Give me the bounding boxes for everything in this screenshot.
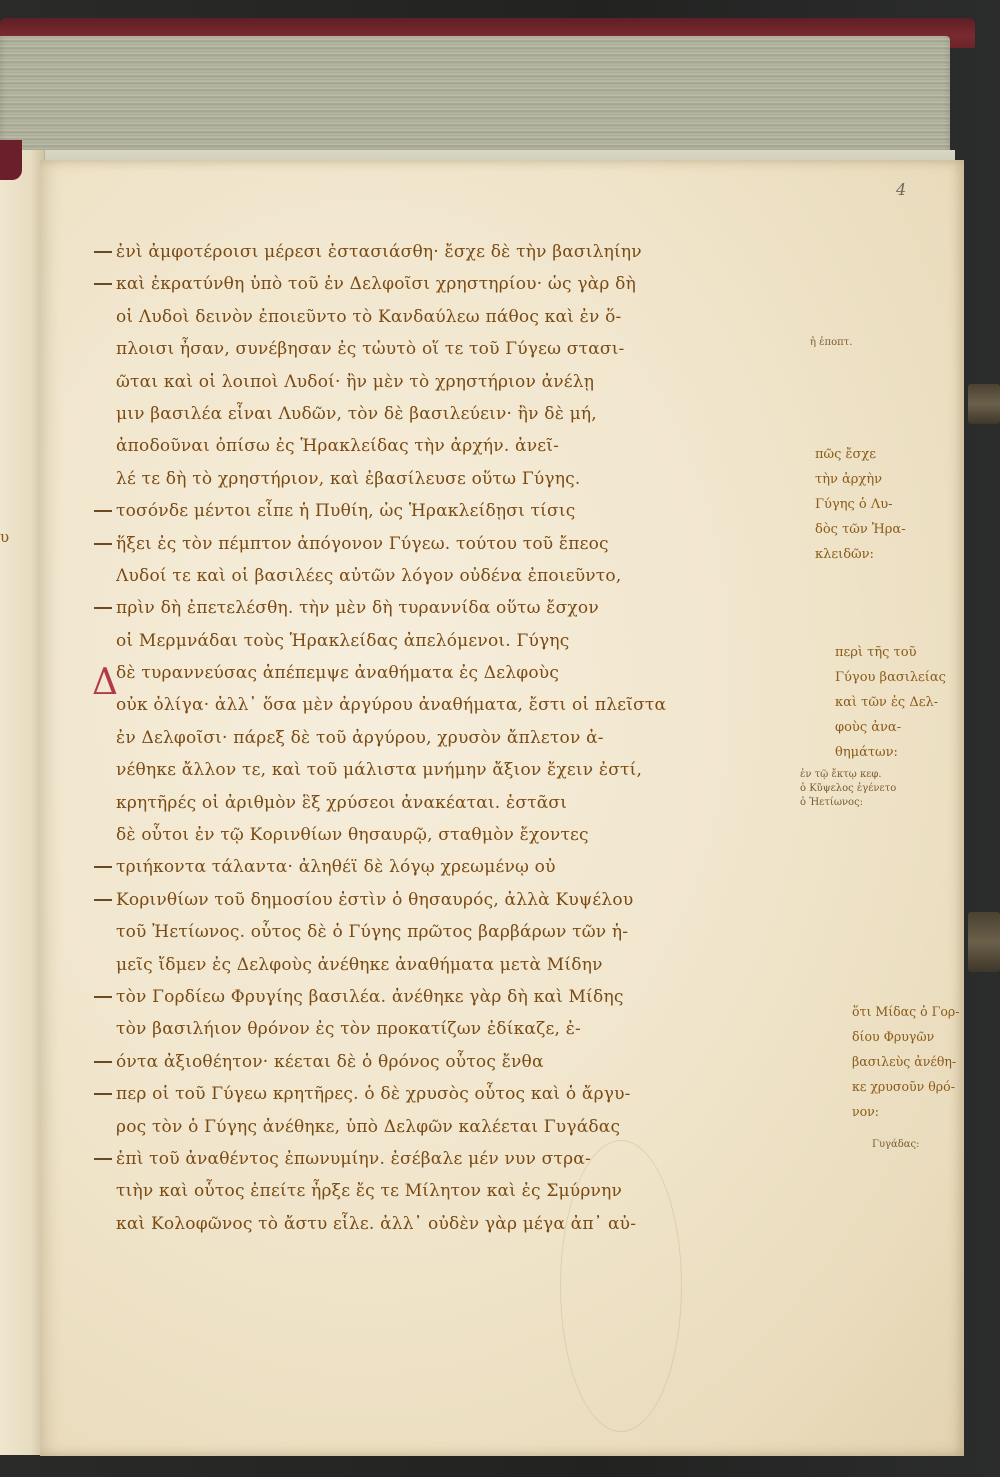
manuscript-line: δὲ οὗτοι ἐν τῷ Κορινθίων θησαυρῷ, σταθμὸ… — [116, 819, 806, 851]
paragraph-marker — [94, 899, 112, 901]
line-text: νέθηκε ἄλλον τε, καὶ τοῦ μάλιστα μνήμην … — [116, 754, 642, 786]
gloss-line: ὁ Κῦψελος ἐγένετο — [800, 782, 896, 796]
decorated-initial: Δ — [92, 662, 118, 703]
paragraph-marker — [94, 1061, 112, 1063]
manuscript-line: περ οἱ τοῦ Γύγεω κρητῆρες. ὁ δὲ χρυσὸς ο… — [116, 1078, 806, 1110]
line-text: κρητῆρές οἱ ἀριθμὸν ἓξ χρύσεοι ἀνακέαται… — [116, 787, 567, 819]
gloss-line: βασιλεὺς ἀνέθη- — [852, 1050, 960, 1075]
marginal-gloss: πῶς ἔσχετὴν ἀρχὴνΓύγης ὁ Λυ-δὸς τῶν Ἡρα-… — [815, 442, 906, 567]
paragraph-marker — [94, 607, 112, 609]
gloss-line: Γύγης ὁ Λυ- — [815, 492, 906, 517]
gloss-line: δὸς τῶν Ἡρα- — [815, 517, 906, 542]
gloss-line: νον: — [852, 1100, 960, 1125]
gloss-line: κε χρυσοῦν θρό- — [852, 1075, 960, 1100]
line-text: μεῖς ἴδμεν ἐς Δελφοὺς ἀνέθηκε ἀναθήματα … — [116, 949, 603, 981]
line-text: πλοισι ἦσαν, συνέβησαν ἐς τὠυτὸ οἵ τε το… — [116, 333, 625, 365]
manuscript-line: όντα ἀξιοθέητον· κέεται δὲ ὁ θρόνος οὗτο… — [116, 1046, 806, 1078]
gloss-line: δίου Φρυγῶν — [852, 1025, 960, 1050]
line-text: ἥξει ἐς τὸν πέμπτον ἀπόγονον Γύγεω. τούτ… — [116, 528, 609, 560]
gloss-line: ὁ Ἠετίωνος: — [800, 796, 896, 810]
line-text: ῶται καὶ οἱ λοιποὶ Λυδοί· ἢν μὲν τὸ χρησ… — [116, 366, 594, 398]
line-text: πρὶν δὴ ἐπετελέσθη. τὴν μὲν δὴ τυραννίδα… — [116, 592, 599, 624]
gloss-line: ὅτι Μίδας ὁ Γορ- — [852, 1000, 960, 1025]
line-text: τιὴν καὶ οὗτος ἐπείτε ἦρξε ἔς τε Μίλητον… — [116, 1175, 622, 1207]
line-text: οἱ Μερμνάδαι τοὺς Ἡρακλείδας ἀπελόμενοι.… — [116, 625, 569, 657]
line-text: ρος τὸν ὁ Γύγης ἀνέθηκε, ὑπὸ Δελφῶν καλέ… — [116, 1111, 620, 1143]
manuscript-line: ῶται καὶ οἱ λοιποὶ Λυδοί· ἢν μὲν τὸ χρησ… — [116, 366, 806, 398]
marginal-gloss: ἡ ἐποπτ. — [810, 336, 852, 350]
manuscript-line: δὲ τυραννεύσας ἀπέπεμψε ἀναθήματα ἐς Δελ… — [116, 657, 806, 689]
line-text: οὐκ ὀλίγα· ἀλλ᾽ ὅσα μὲν ἀργύρου ἀναθήματ… — [116, 689, 666, 721]
line-text: λέ τε δὴ τὸ χρηστήριον, καὶ ἐβασίλευσε ο… — [116, 463, 580, 495]
line-text: περ οἱ τοῦ Γύγεω κρητῆρες. ὁ δὲ χρυσὸς ο… — [116, 1078, 631, 1110]
manuscript-line: Κορινθίων τοῦ δημοσίου ἐστὶν ὁ θησαυρός,… — [116, 884, 806, 916]
paragraph-marker — [94, 543, 112, 545]
marginal-gloss: Γυγάδας: — [872, 1138, 920, 1152]
manuscript-line: ρος τὸν ὁ Γύγης ἀνέθηκε, ὑπὸ Δελφῶν καλέ… — [116, 1111, 806, 1143]
manuscript-line: τοσόνδε μέντοι εἶπε ἡ Πυθίη, ὡς Ἡρακλείδ… — [116, 495, 806, 527]
gloss-line: ἐν τῷ ἔκτῳ κεφ. — [800, 768, 896, 782]
line-text: ἐνὶ ἀμφοτέροισι μέρεσι ἐστασιάσθη· ἔσχε … — [116, 236, 642, 268]
manuscript-line: ἀποδοῦναι ὀπίσω ἐς Ἡρακλείδας τὴν ἀρχήν.… — [116, 430, 806, 462]
gloss-line: ἡ ἐποπτ. — [810, 336, 852, 350]
manuscript-line: τιὴν καὶ οὗτος ἐπείτε ἦρξε ἔς τε Μίλητον… — [116, 1175, 806, 1207]
gloss-line: θημάτων: — [835, 740, 946, 765]
manuscript-line: πλοισι ἦσαν, συνέβησαν ἐς τὠυτὸ οἵ τε το… — [116, 333, 806, 365]
paragraph-marker — [94, 1093, 112, 1095]
paragraph-marker — [94, 1158, 112, 1160]
gloss-line: πῶς ἔσχε — [815, 442, 906, 467]
line-text: τοῦ Ἠετίωνος. οὗτος δὲ ὁ Γύγης πρῶτος βα… — [116, 916, 628, 948]
line-text: ἐπὶ τοῦ ἀναθέντος ἐπωνυμίην. ἐσέβαλε μέν… — [116, 1143, 591, 1175]
marginal-gloss: ἐν τῷ ἔκτῳ κεφ.ὁ Κῦψελος ἐγένετοὁ Ἠετίων… — [800, 768, 896, 810]
line-text: δὲ τυραννεύσας ἀπέπεμψε ἀναθήματα ἐς Δελ… — [116, 657, 559, 689]
manuscript-line: ἐπὶ τοῦ ἀναθέντος ἐπωνυμίην. ἐσέβαλε μέν… — [116, 1143, 806, 1175]
manuscript-line: μιν βασιλέα εἶναι Λυδῶν, τὸν δὲ βασιλεύε… — [116, 398, 806, 430]
line-text: τριήκοντα τάλαντα· ἀληθέϊ δὲ λόγῳ χρεωμέ… — [116, 851, 556, 883]
line-text: ἀποδοῦναι ὀπίσω ἐς Ἡρακλείδας τὴν ἀρχήν.… — [116, 430, 559, 462]
manuscript-line: τοῦ Ἠετίωνος. οὗτος δὲ ὁ Γύγης πρῶτος βα… — [116, 916, 806, 948]
manuscript-line: οὐκ ὀλίγα· ἀλλ᾽ ὅσα μὲν ἀργύρου ἀναθήματ… — [116, 689, 806, 721]
manuscript-line: κρητῆρές οἱ ἀριθμὸν ἓξ χρύσεοι ἀνακέαται… — [116, 787, 806, 819]
line-text: τὸν Γορδίεω Φρυγίης βασιλέα. ἀνέθηκε γὰρ… — [116, 981, 624, 1013]
line-text: τὸν βασιλήιον θρόνον ἐς τὸν προκατίζων ἐ… — [116, 1013, 581, 1045]
manuscript-line: πρὶν δὴ ἐπετελέσθη. τὴν μὲν δὴ τυραννίδα… — [116, 592, 806, 624]
gloss-line: περὶ τῆς τοῦ — [835, 640, 946, 665]
gloss-line: φοὺς ἀνα- — [835, 715, 946, 740]
line-text: δὲ οὗτοι ἐν τῷ Κορινθίων θησαυρῷ, σταθμὸ… — [116, 819, 589, 851]
page-edge-stack — [0, 36, 950, 162]
line-text: καὶ Κολοφῶνος τὸ ἄστυ εἷλε. ἀλλ᾽ οὐδὲν γ… — [116, 1208, 636, 1240]
manuscript-line: τὸν Γορδίεω Φρυγίης βασιλέα. ἀνέθηκε γὰρ… — [116, 981, 806, 1013]
line-text: τοσόνδε μέντοι εἶπε ἡ Πυθίη, ὡς Ἡρακλείδ… — [116, 495, 575, 527]
line-text: Κορινθίων τοῦ δημοσίου ἐστὶν ὁ θησαυρός,… — [116, 884, 633, 916]
line-text: μιν βασιλέα εἶναι Λυδῶν, τὸν δὲ βασιλεύε… — [116, 398, 597, 430]
manuscript-line: τριήκοντα τάλαντα· ἀληθέϊ δὲ λόγῳ χρεωμέ… — [116, 851, 806, 883]
manuscript-line: λέ τε δὴ τὸ χρηστήριον, καὶ ἐβασίλευσε ο… — [116, 463, 806, 495]
gloss-line: Γυγάδας: — [872, 1138, 920, 1152]
gloss-line: κλειδῶν: — [815, 542, 906, 567]
line-text: Λυδοί τε καὶ οἱ βασιλέες αὐτῶν λόγον οὐδ… — [116, 560, 621, 592]
manuscript-line: ἥξει ἐς τὸν πέμπτον ἀπόγονον Γύγεω. τούτ… — [116, 528, 806, 560]
main-text-column: ἐνὶ ἀμφοτέροισι μέρεσι ἐστασιάσθη· ἔσχε … — [116, 236, 806, 1240]
paragraph-marker — [94, 510, 112, 512]
left-page-text-fragment: υ — [0, 528, 9, 546]
manuscript-line: Λυδοί τε καὶ οἱ βασιλέες αὐτῶν λόγον οὐδ… — [116, 560, 806, 592]
gloss-line: τὴν ἀρχὴν — [815, 467, 906, 492]
binding-tie-lower — [968, 912, 1000, 972]
marginal-gloss: περὶ τῆς τοῦΓύγου βασιλείαςκαὶ τῶν ἐς Δε… — [835, 640, 946, 765]
manuscript-line: καὶ Κολοφῶνος τὸ ἄστυ εἷλε. ἀλλ᾽ οὐδὲν γ… — [116, 1208, 806, 1240]
paragraph-marker — [94, 866, 112, 868]
manuscript-line: ἐν Δελφοῖσι· πάρεξ δὲ τοῦ ἀργύρου, χρυσὸ… — [116, 722, 806, 754]
paragraph-marker — [94, 996, 112, 998]
left-page-edge — [0, 150, 45, 1455]
manuscript-line: μεῖς ἴδμεν ἐς Δελφοὺς ἀνέθηκε ἀναθήματα … — [116, 949, 806, 981]
left-binding-corner — [0, 140, 22, 180]
folio-number: 4 — [896, 180, 906, 199]
manuscript-line: οἱ Μερμνάδαι τοὺς Ἡρακλείδας ἀπελόμενοι.… — [116, 625, 806, 657]
gloss-line: Γύγου βασιλείας — [835, 665, 946, 690]
paragraph-marker — [94, 283, 112, 285]
manuscript-line: οἱ Λυδοὶ δεινὸν ἐποιεῦντο τὸ Κανδαύλεω π… — [116, 301, 806, 333]
line-text: όντα ἀξιοθέητον· κέεται δὲ ὁ θρόνος οὗτο… — [116, 1046, 544, 1078]
manuscript-line: καὶ ἐκρατύνθη ὑπὸ τοῦ ἐν Δελφοῖσι χρηστη… — [116, 268, 806, 300]
manuscript-line: ἐνὶ ἀμφοτέροισι μέρεσι ἐστασιάσθη· ἔσχε … — [116, 236, 806, 268]
binding-tie-upper — [968, 384, 1000, 424]
marginal-gloss: ὅτι Μίδας ὁ Γορ-δίου Φρυγῶνβασιλεὺς ἀνέθ… — [852, 1000, 960, 1125]
manuscript-line: τὸν βασιλήιον θρόνον ἐς τὸν προκατίζων ἐ… — [116, 1013, 806, 1045]
line-text: ἐν Δελφοῖσι· πάρεξ δὲ τοῦ ἀργύρου, χρυσὸ… — [116, 722, 604, 754]
line-text: καὶ ἐκρατύνθη ὑπὸ τοῦ ἐν Δελφοῖσι χρηστη… — [116, 268, 636, 300]
gloss-line: καὶ τῶν ἐς Δελ- — [835, 690, 946, 715]
manuscript-line: νέθηκε ἄλλον τε, καὶ τοῦ μάλιστα μνήμην … — [116, 754, 806, 786]
paragraph-marker — [94, 251, 112, 253]
line-text: οἱ Λυδοὶ δεινὸν ἐποιεῦντο τὸ Κανδαύλεω π… — [116, 301, 622, 333]
